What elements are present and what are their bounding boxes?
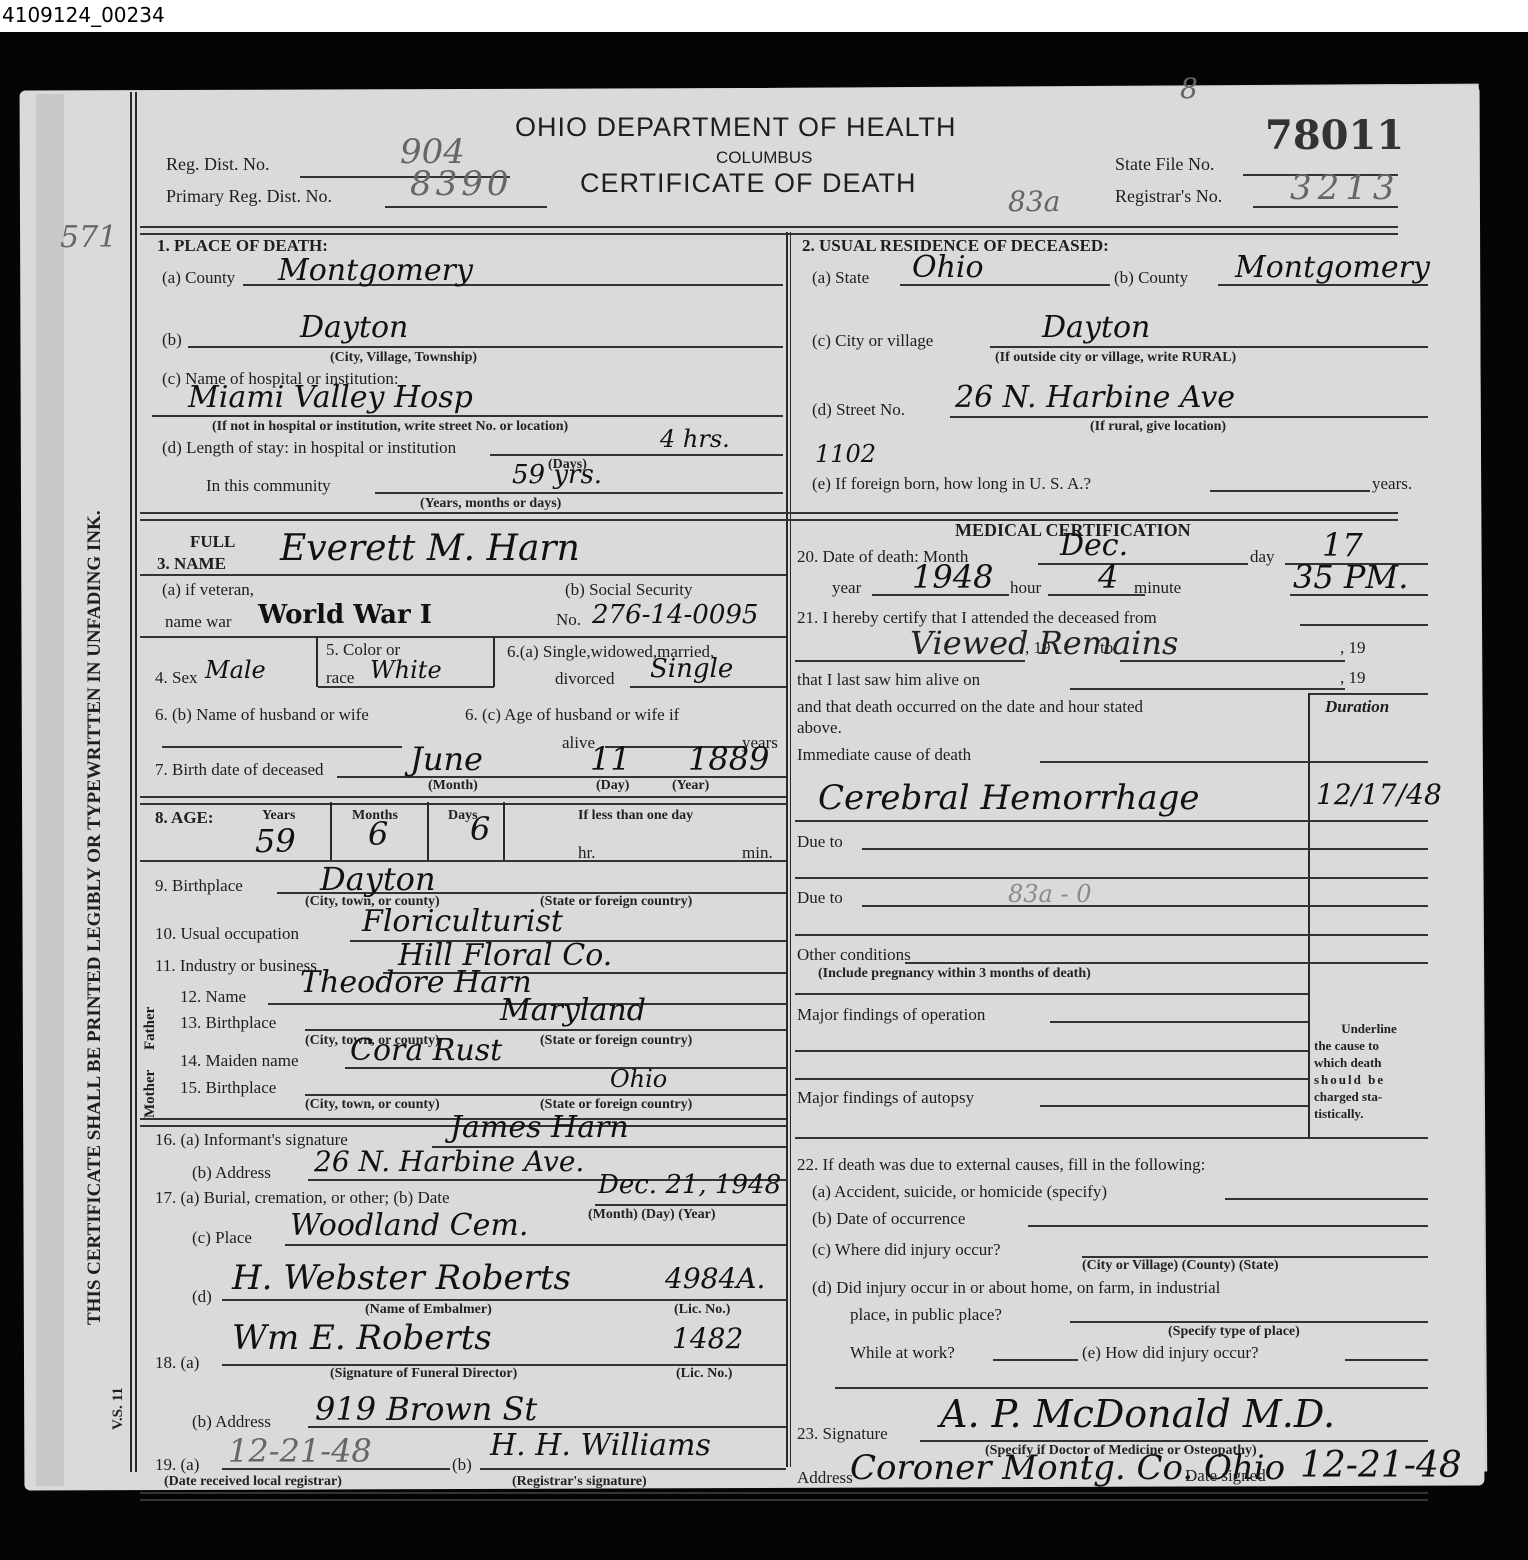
age-months: 6 bbox=[368, 815, 388, 853]
community-caption: (Years, months or days) bbox=[420, 496, 561, 512]
name-label: 3. NAME bbox=[157, 554, 226, 574]
primary-reg-dist-value: 8390 bbox=[410, 164, 513, 204]
ss-value: 276-14-0095 bbox=[592, 600, 758, 630]
embalmer-line bbox=[222, 1299, 786, 1301]
underline-note-line: should be bbox=[1314, 1071, 1424, 1088]
margin-note-83a: 83a bbox=[1008, 185, 1060, 218]
other-bottom bbox=[795, 993, 1308, 995]
cause-line bbox=[795, 820, 1428, 822]
registrar-caption: (Registrar's signature) bbox=[512, 1474, 647, 1490]
age-col-1 bbox=[330, 802, 332, 860]
city-line bbox=[188, 346, 783, 348]
primary-reg-dist-label: Primary Reg. Dist. No. bbox=[166, 186, 332, 207]
birth-month: June bbox=[410, 740, 483, 778]
race-value: White bbox=[370, 656, 442, 684]
death-month-line bbox=[1038, 563, 1248, 565]
operation-label: Major findings of operation bbox=[797, 1005, 985, 1025]
due-to-1-bottom bbox=[795, 877, 1428, 879]
death-hour-line bbox=[1048, 594, 1145, 596]
stay-line bbox=[490, 454, 783, 456]
external-b-label: (b) Date of occurrence bbox=[812, 1209, 965, 1229]
duration-value: 12/17/48 bbox=[1316, 778, 1442, 811]
mother-birthplace-value: Ohio bbox=[610, 1065, 667, 1093]
due-to-2-line bbox=[862, 905, 1428, 907]
external-d-label2: place, in public place? bbox=[850, 1305, 1002, 1325]
res-street-label: (d) Street No. bbox=[812, 400, 905, 420]
duration-label: Duration bbox=[1325, 697, 1389, 717]
stay-value: 4 hrs. bbox=[660, 425, 730, 453]
marital-value: Single bbox=[650, 654, 733, 684]
certify-line bbox=[1300, 624, 1428, 626]
embalmer-license: 4984A. bbox=[665, 1262, 765, 1295]
registrar-b-label: (b) bbox=[452, 1455, 472, 1475]
last-saw-19: , 19 bbox=[1340, 668, 1366, 688]
external-d-caption: (Specify type of place) bbox=[1168, 1324, 1300, 1340]
city-caption: (City, Village, Township) bbox=[330, 350, 477, 366]
mother-birthplace-label: 15. Birthplace bbox=[180, 1078, 276, 1098]
foreign-suffix: years. bbox=[1372, 474, 1412, 494]
director-lic-caption: (Lic. No.) bbox=[676, 1366, 732, 1382]
autopsy-top bbox=[795, 1078, 1308, 1080]
spouse-line bbox=[162, 746, 402, 748]
work-label: While at work? bbox=[850, 1343, 955, 1363]
age-label: 8. AGE: bbox=[155, 808, 214, 828]
res-state-label: (a) State bbox=[812, 268, 869, 288]
underline-note: Underline the cause to which death shoul… bbox=[1314, 1020, 1424, 1122]
immediate-label: Immediate cause of death bbox=[797, 745, 971, 765]
other-caption: (Include pregnancy within 3 months of de… bbox=[818, 966, 1091, 982]
registrar-signature: H. H. Williams bbox=[490, 1428, 711, 1463]
stay-label: (d) Length of stay: in hospital or insti… bbox=[162, 438, 456, 458]
res-city-label: (c) City or village bbox=[812, 331, 933, 351]
mother-city-caption: (City, town, or county) bbox=[305, 1097, 440, 1113]
external-a-line bbox=[1225, 1198, 1428, 1200]
burial-place: Woodland Cem. bbox=[290, 1208, 528, 1243]
last-saw-line bbox=[1070, 688, 1345, 690]
hospital-caption: (If not in hospital or institution, writ… bbox=[212, 419, 568, 435]
burial-date-line bbox=[595, 1204, 786, 1206]
mother-maiden-label: 14. Maiden name bbox=[180, 1051, 299, 1071]
director-address: 919 Brown St bbox=[315, 1390, 537, 1428]
section-divider-1 bbox=[140, 512, 1398, 521]
birth-day: 11 bbox=[590, 740, 631, 778]
due-to-2-bottom bbox=[795, 934, 1428, 936]
external-e-line bbox=[1345, 1359, 1428, 1361]
res-street-value: 26 N. Harbine Ave bbox=[955, 380, 1235, 415]
due-to-1-label: Due to bbox=[797, 832, 843, 852]
sex-value: Male bbox=[205, 656, 266, 684]
spouse-age-label: 6. (c) Age of husband or wife if bbox=[465, 705, 679, 725]
war-label: name war bbox=[165, 612, 232, 632]
signature-top-line bbox=[835, 1387, 1428, 1389]
veteran-label: (a) if veteran, bbox=[162, 580, 254, 600]
res-street-caption: (If rural, give location) bbox=[1090, 419, 1226, 435]
year-label: year bbox=[832, 578, 861, 598]
autopsy-label: Major findings of autopsy bbox=[797, 1088, 974, 1108]
other-line bbox=[905, 962, 1428, 964]
mother-side-label: Mother bbox=[142, 1070, 159, 1118]
state-file-label: State File No. bbox=[1115, 154, 1215, 175]
department-title: OHIO DEPARTMENT OF HEALTH bbox=[515, 112, 957, 143]
county-label: (a) County bbox=[162, 268, 235, 288]
name-line bbox=[140, 574, 786, 576]
community-value: 59 yrs. bbox=[512, 460, 602, 490]
margin-note-571: 571 bbox=[60, 220, 117, 255]
duration-top-line bbox=[1308, 693, 1428, 695]
death-hour: 4 bbox=[1098, 558, 1118, 596]
place-line bbox=[285, 1244, 786, 1246]
bottom-border bbox=[140, 1492, 1428, 1501]
date-signed: 12-21-48 bbox=[1300, 1445, 1462, 1486]
father-side-label: Father bbox=[142, 1007, 159, 1050]
sex-label: 4. Sex bbox=[155, 668, 198, 688]
res-county-label: (b) County bbox=[1114, 268, 1188, 288]
birth-date-label: 7. Birth date of deceased bbox=[155, 760, 324, 780]
hospital-value: Miami Valley Hosp bbox=[188, 380, 473, 415]
birthplace-label: 9. Birthplace bbox=[155, 876, 243, 896]
autopsy-line bbox=[1040, 1105, 1308, 1107]
occupation-label: 10. Usual occupation bbox=[155, 924, 299, 944]
external-d-label: (d) Did injury occur in or about home, o… bbox=[812, 1278, 1220, 1298]
due-to-2-label: Due to bbox=[797, 888, 843, 908]
underline-note-line: charged sta- bbox=[1314, 1088, 1424, 1105]
last-saw-label: that I last saw him alive on bbox=[797, 670, 980, 690]
age-days: 6 bbox=[470, 810, 490, 848]
deceased-name: Everett M. Harn bbox=[280, 528, 580, 569]
informant-signature: James Harn bbox=[450, 1110, 629, 1145]
center-divider bbox=[786, 232, 788, 1467]
director-label: 18. (a) bbox=[155, 1353, 199, 1373]
year-caption: (Year) bbox=[672, 778, 709, 794]
attended-note: Viewed Remains bbox=[910, 624, 1178, 662]
occurred-label: and that death occurred on the date and … bbox=[797, 697, 1143, 717]
registrar-no-value: 3213 bbox=[1290, 168, 1401, 208]
received-caption: (Date received local registrar) bbox=[164, 1474, 342, 1490]
month-caption: (Month) bbox=[428, 778, 478, 794]
underline-note-line: tistically. bbox=[1314, 1105, 1424, 1122]
community-line bbox=[375, 492, 783, 494]
informant-address-label: (b) Address bbox=[192, 1163, 271, 1183]
age-divider-bottom bbox=[140, 860, 786, 862]
underline-note-line: the cause to bbox=[1314, 1037, 1424, 1054]
margin-note-8: 8 bbox=[1180, 72, 1198, 105]
external-heading: 22. If death was due to external causes,… bbox=[797, 1155, 1205, 1175]
day-label: day bbox=[1250, 547, 1275, 567]
primary-reg-dist-line bbox=[385, 206, 547, 208]
received-label: 19. (a) bbox=[155, 1455, 199, 1475]
death-county-value: Montgomery bbox=[278, 253, 473, 288]
divorced-label: divorced bbox=[555, 669, 614, 689]
underline-note-line: Underline bbox=[1314, 1020, 1424, 1037]
certificate-title: CERTIFICATE OF DEATH bbox=[580, 168, 917, 199]
date-signed-label: Date signed bbox=[1185, 1466, 1266, 1486]
sex-divider bbox=[316, 637, 318, 687]
embalmer-d-label: (d) bbox=[192, 1287, 212, 1307]
due-to-1-line bbox=[862, 848, 1428, 850]
date-received: 12-21-48 bbox=[228, 1432, 372, 1470]
immediate-line bbox=[1040, 761, 1428, 763]
funeral-director: Wm E. Roberts bbox=[232, 1318, 492, 1358]
signature-line bbox=[920, 1440, 1428, 1442]
above-label: above. bbox=[797, 718, 842, 738]
address-label: Address bbox=[797, 1468, 853, 1488]
director-caption: (Signature of Funeral Director) bbox=[330, 1366, 517, 1382]
war-value: World War I bbox=[258, 600, 432, 630]
less-than-day-label: If less than one day bbox=[578, 808, 693, 824]
burial-label: 17. (a) Burial, cremation, or other; (b)… bbox=[155, 1188, 450, 1208]
birth-year: 1889 bbox=[688, 740, 769, 778]
header-divider bbox=[140, 226, 1398, 235]
father-birthplace-value: Maryland bbox=[500, 993, 646, 1028]
death-minute: 35 PM. bbox=[1293, 558, 1408, 596]
external-b-line bbox=[1028, 1225, 1428, 1227]
signature-label: 23. Signature bbox=[797, 1424, 888, 1444]
embalmer-caption: (Name of Embalmer) bbox=[365, 1302, 492, 1318]
father-name-label: 12. Name bbox=[180, 987, 246, 1007]
minute-label: minute bbox=[1134, 578, 1181, 598]
immediate-cause: Cerebral Hemorrhage bbox=[818, 778, 1200, 818]
other-conditions-label: Other conditions bbox=[797, 945, 911, 965]
embalmer-name: H. Webster Roberts bbox=[232, 1258, 571, 1298]
side-instruction: THIS CERTIFICATE SHALL BE PRINTED LEGIBL… bbox=[84, 510, 106, 1325]
birthplace-value: Dayton bbox=[320, 860, 436, 898]
father-birthplace-line bbox=[305, 1029, 786, 1031]
embalmer-lic-caption: (Lic. No.) bbox=[674, 1302, 730, 1318]
hour-label: hour bbox=[1010, 578, 1041, 598]
foreign-label: (e) If foreign born, how long in U. S. A… bbox=[812, 474, 1091, 494]
hospital-line bbox=[152, 415, 783, 417]
mother-maiden-value: Cora Rust bbox=[350, 1033, 502, 1068]
father-birthplace-label: 13. Birthplace bbox=[180, 1013, 276, 1033]
industry-label: 11. Industry or business bbox=[155, 956, 317, 976]
director-address-label: (b) Address bbox=[192, 1412, 271, 1432]
center-divider-inner bbox=[790, 232, 791, 1467]
occupation-value: Floriculturist bbox=[362, 904, 563, 939]
race-divider bbox=[493, 637, 495, 687]
external-e-label: (e) How did injury occur? bbox=[1082, 1343, 1259, 1363]
image-id-bar: 4109124_00234 bbox=[0, 0, 1528, 32]
ss-no-label: No. bbox=[556, 610, 581, 630]
residence-note: 1102 bbox=[815, 440, 876, 468]
mother-birthplace-line bbox=[305, 1094, 786, 1096]
res-county-value: Montgomery bbox=[1235, 250, 1430, 285]
left-border-rule-inner bbox=[135, 92, 137, 1472]
reg-dist-label: Reg. Dist. No. bbox=[166, 154, 270, 175]
external-a-label: (a) Accident, suicide, or homicide (spec… bbox=[812, 1182, 1107, 1202]
external-c-label: (c) Where did injury occur? bbox=[812, 1240, 1001, 1260]
work-line bbox=[993, 1359, 1078, 1361]
ss-label: (b) Social Security bbox=[565, 580, 692, 600]
death-city-value: Dayton bbox=[300, 310, 408, 345]
burial-date-caption: (Month) (Day) (Year) bbox=[588, 1207, 716, 1223]
res-state-value: Ohio bbox=[912, 250, 984, 285]
external-c-caption: (City or Village) (County) (State) bbox=[1082, 1258, 1279, 1274]
informant-address: 26 N. Harbine Ave. bbox=[314, 1145, 584, 1178]
operation-line bbox=[1050, 1021, 1308, 1023]
day-caption: (Day) bbox=[596, 778, 629, 794]
faint-code: 83a - 0 bbox=[1008, 880, 1091, 908]
department-city: COLUMBUS bbox=[716, 148, 812, 168]
row-line-war bbox=[140, 636, 786, 638]
image-id: 4109124_00234 bbox=[2, 3, 165, 27]
autopsy-bottom bbox=[795, 1137, 1428, 1139]
city-b-label: (b) bbox=[162, 330, 182, 350]
res-city-value: Dayton bbox=[1042, 310, 1150, 345]
to-19: , 19 bbox=[1340, 638, 1366, 658]
death-year: 1948 bbox=[912, 558, 993, 596]
registrar-line bbox=[480, 1468, 786, 1470]
physician-signature: A. P. McDonald M.D. bbox=[940, 1392, 1335, 1436]
underline-note-line: which death bbox=[1314, 1054, 1424, 1071]
state-file-number: 78011 bbox=[1265, 112, 1404, 159]
spouse-label: 6. (b) Name of husband or wife bbox=[155, 705, 369, 725]
age-col-2 bbox=[427, 802, 429, 860]
left-border-rule bbox=[130, 92, 132, 1472]
age-col-3 bbox=[503, 802, 505, 860]
form-number: V.S. 11 bbox=[110, 1387, 127, 1430]
father-name-value: Theodore Harn bbox=[300, 965, 532, 1000]
director-license: 1482 bbox=[672, 1322, 743, 1355]
burial-date: Dec. 21, 1948 bbox=[598, 1170, 781, 1200]
res-city-caption: (If outside city or village, write RURAL… bbox=[995, 350, 1236, 366]
place-label: (c) Place bbox=[192, 1228, 252, 1248]
father-state-caption: (State or foreign country) bbox=[540, 1033, 692, 1049]
age-years: 59 bbox=[255, 822, 296, 860]
full-label: FULL bbox=[190, 532, 235, 552]
race-label: race bbox=[326, 668, 354, 688]
age-divider-top bbox=[140, 796, 786, 805]
paper-edge bbox=[36, 94, 64, 1486]
marital-line bbox=[630, 686, 786, 688]
res-street-line bbox=[950, 416, 1428, 418]
registrar-no-label: Registrar's No. bbox=[1115, 186, 1222, 207]
foreign-line bbox=[1210, 490, 1370, 492]
duration-column-rule bbox=[1308, 693, 1310, 1138]
community-label: In this community bbox=[206, 476, 331, 496]
res-city-line bbox=[990, 346, 1428, 348]
external-d-line bbox=[1070, 1321, 1428, 1323]
operation-bottom bbox=[795, 1050, 1308, 1052]
